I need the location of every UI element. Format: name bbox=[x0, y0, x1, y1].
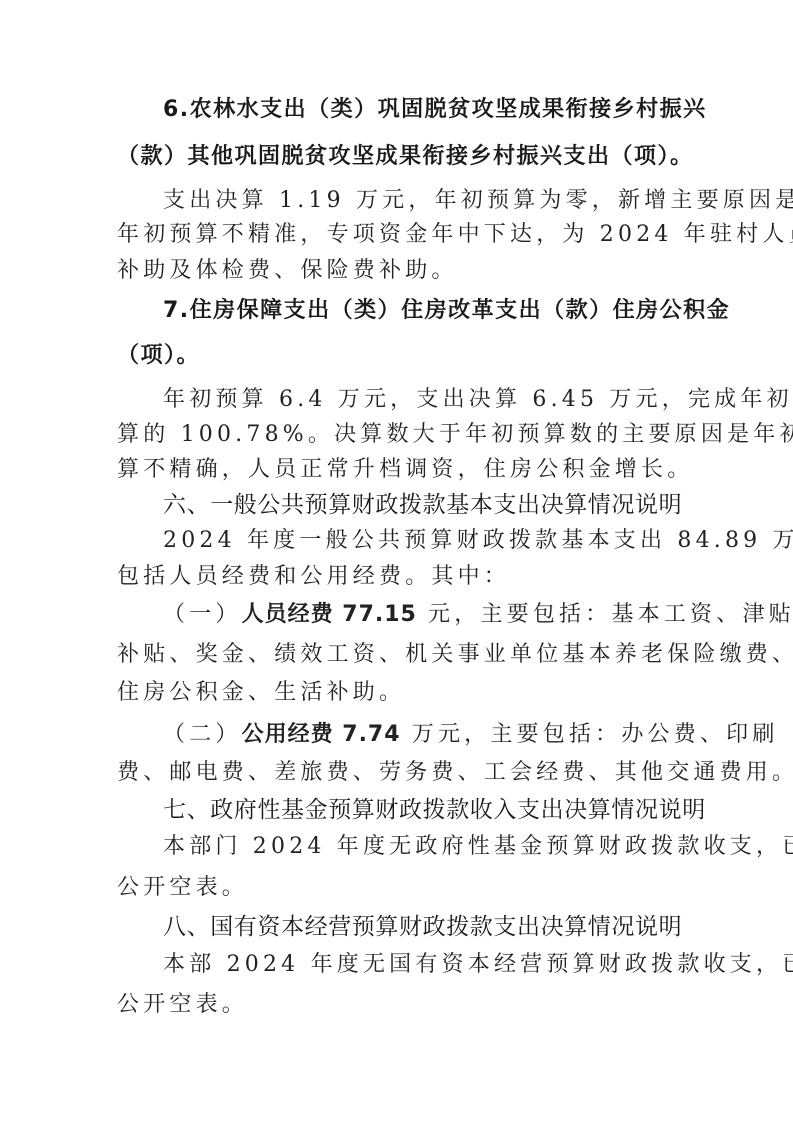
section7-body-line2: 公开空表。 bbox=[117, 873, 683, 903]
personnel-expense-line1: （一）人员经费 77.15 元，主要包括：基本工资、津贴 bbox=[163, 600, 683, 630]
item6-heading-line2: （款）其他巩固脱贫攻坚成果衔接乡村振兴支出（项）。 bbox=[117, 142, 683, 172]
public-expense-line2: 费、邮电费、差旅费、劳务费、工会经费、其他交通费用。 bbox=[117, 758, 683, 788]
section7-body-line1: 本部门 2024 年度无政府性基金预算财政拨款收支，已 bbox=[163, 832, 683, 862]
item7-body-line1: 年初预算 6.4 万元，支出决算 6.45 万元，完成年初预 bbox=[163, 385, 683, 415]
item6-heading-line1: 6.农林水支出（类）巩固脱贫攻坚成果衔接乡村振兴 bbox=[163, 95, 683, 125]
document-page: 6.农林水支出（类）巩固脱贫攻坚成果衔接乡村振兴 （款）其他巩固脱贫攻坚成果衔接… bbox=[0, 0, 793, 1122]
personnel-suffix: 元，主要包括：基本工资、津贴 bbox=[417, 602, 793, 627]
item6-body-line3: 补助及体检费、保险费补助。 bbox=[117, 256, 683, 286]
section8-heading: 八、国有资本经营预算财政拨款支出决算情况说明 bbox=[163, 912, 683, 942]
item7-heading-line2: （项）。 bbox=[117, 341, 683, 371]
public-prefix: （二） bbox=[163, 722, 242, 747]
public-label: 公用经费 7.74 bbox=[242, 722, 401, 747]
public-expense-line1: （二）公用经费 7.74 万元，主要包括：办公费、印刷 bbox=[163, 720, 683, 750]
item7-body-line3: 算不精确，人员正常升档调资，住房公积金增长。 bbox=[117, 455, 683, 485]
personnel-prefix: （一） bbox=[163, 602, 242, 627]
item7-body-line2: 算的 100.78%。决算数大于年初预算数的主要原因是年初预 bbox=[117, 420, 683, 450]
personnel-expense-line3: 住房公积金、生活补助。 bbox=[117, 678, 683, 708]
public-suffix: 万元，主要包括：办公费、印刷 bbox=[401, 722, 779, 747]
item6-body-line1: 支出决算 1.19 万元，年初预算为零，新增主要原因是 bbox=[163, 186, 683, 216]
section6-body-line1: 2024 年度一般公共预算财政拨款基本支出 84.89 万元， bbox=[163, 526, 683, 556]
section8-body-line1: 本部 2024 年度无国有资本经营预算财政拨款收支，已 bbox=[163, 950, 683, 980]
personnel-expense-line2: 补贴、奖金、绩效工资、机关事业单位基本养老保险缴费、 bbox=[117, 640, 683, 670]
personnel-label: 人员经费 77.15 bbox=[242, 602, 417, 627]
item7-heading-line1: 7.住房保障支出（类）住房改革支出（款）住房公积金 bbox=[163, 296, 683, 326]
section6-body-line2: 包括人员经费和公用经费。其中： bbox=[117, 562, 683, 592]
item6-body-line2: 年初预算不精准，专项资金年中下达，为 2024 年驻村人员 bbox=[117, 220, 683, 250]
section8-body-line2: 公开空表。 bbox=[117, 990, 683, 1020]
section7-heading: 七、政府性基金预算财政拨款收入支出决算情况说明 bbox=[163, 795, 683, 825]
section6-heading: 六、一般公共预算财政拨款基本支出决算情况说明 bbox=[163, 490, 683, 520]
